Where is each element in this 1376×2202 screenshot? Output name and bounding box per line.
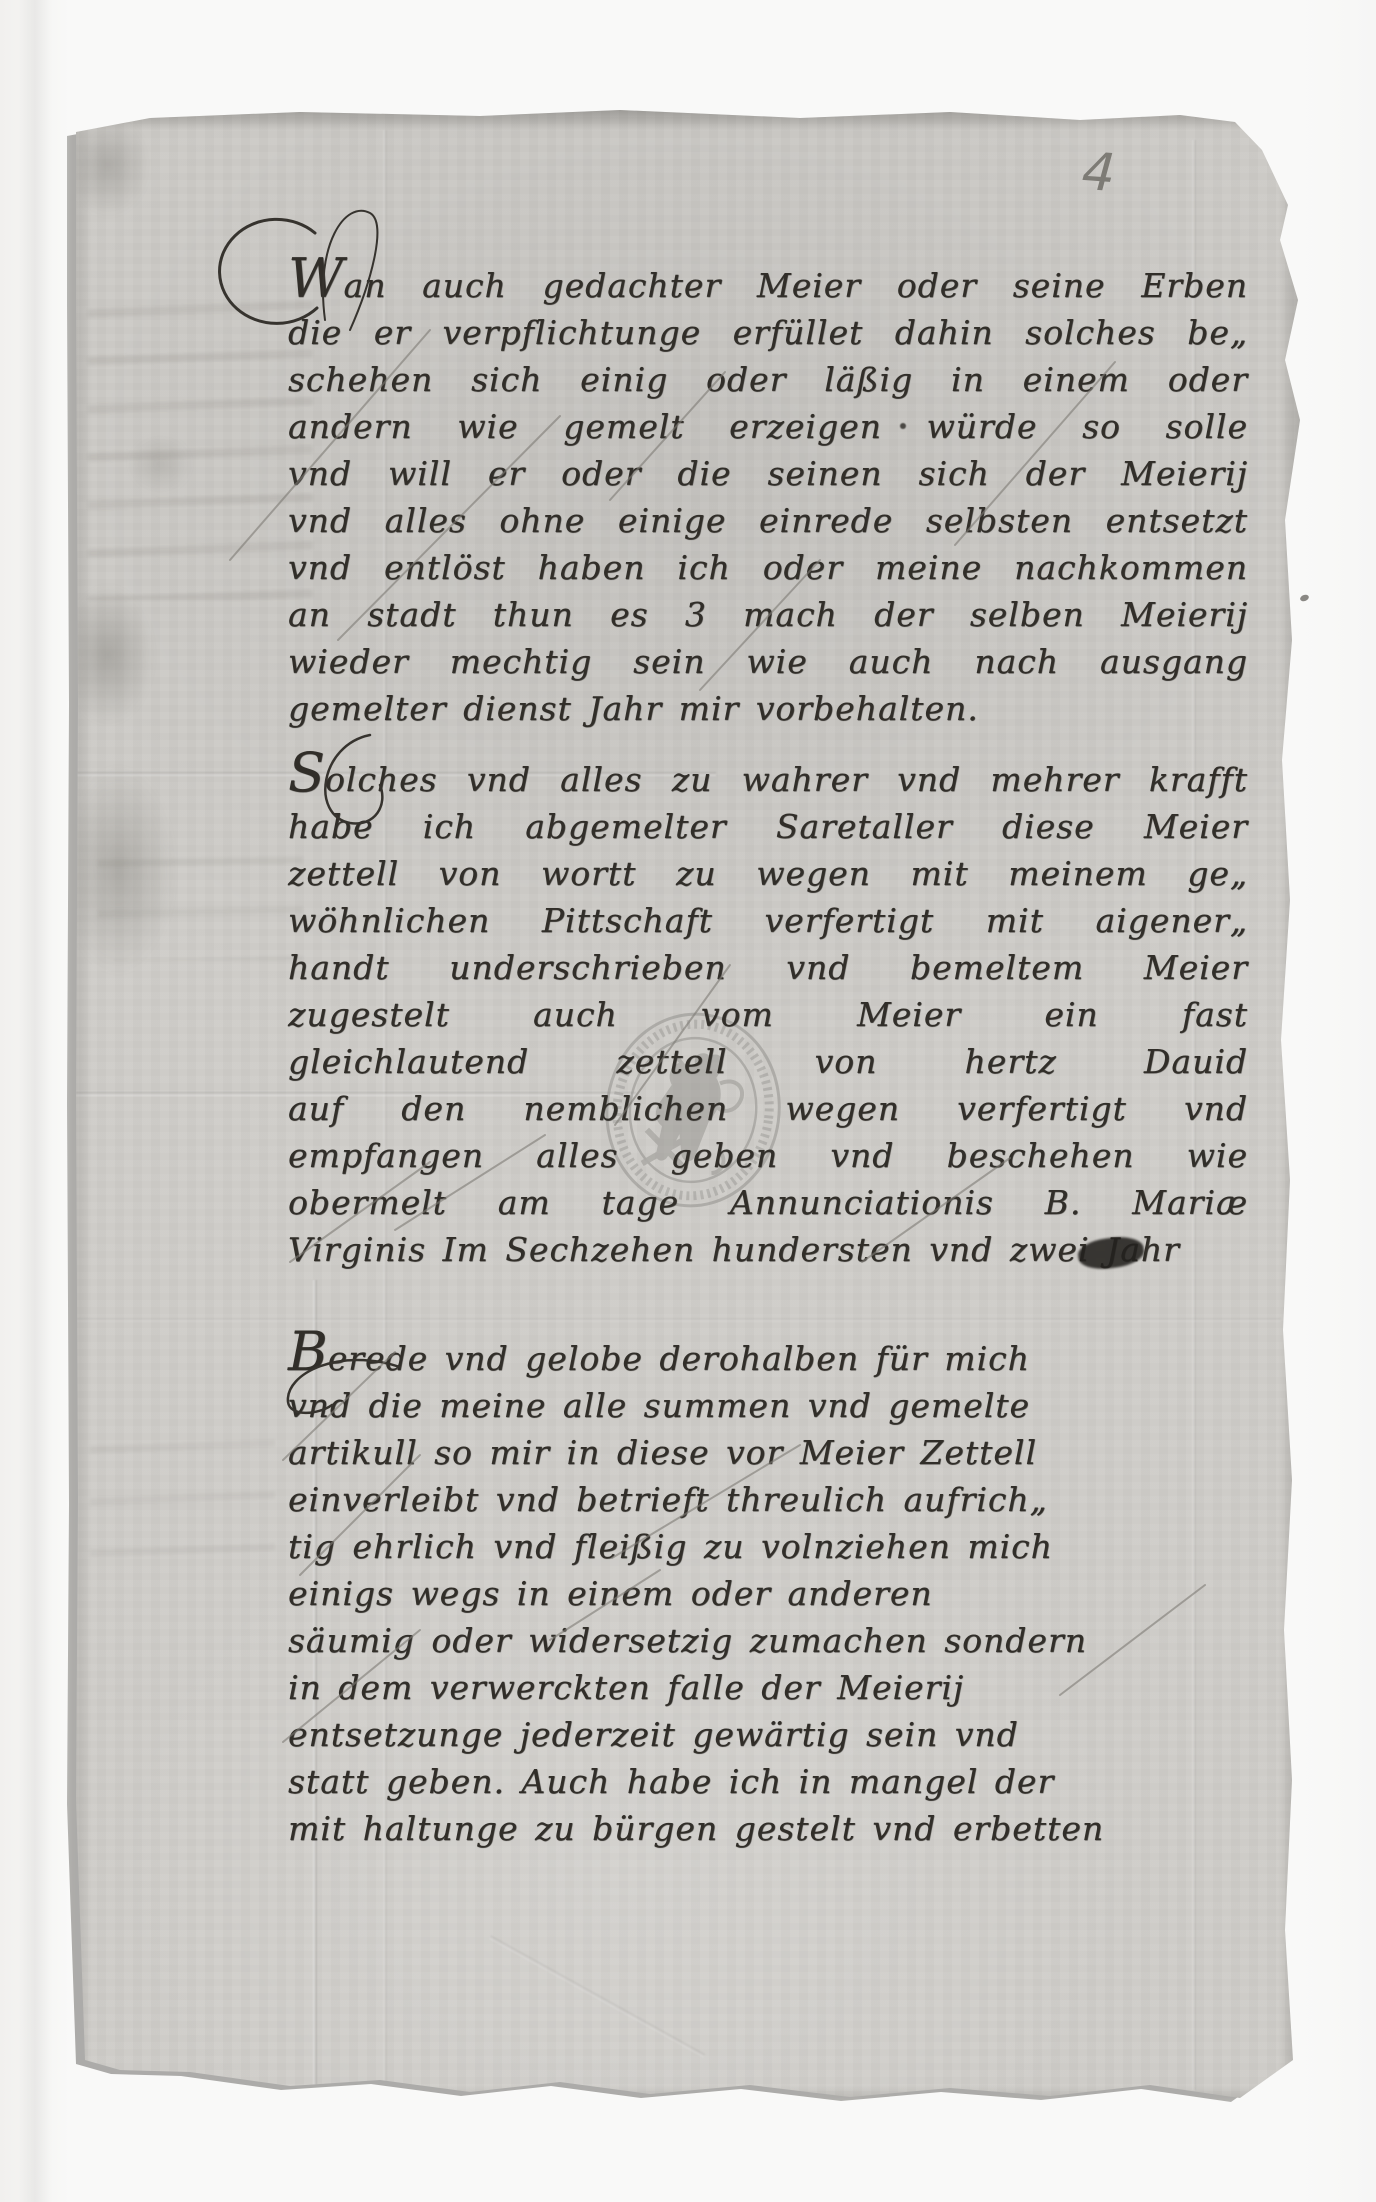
manuscript-text: Wan auch gedachter Meier oder seine Erbe… — [288, 262, 1248, 1852]
handwritten-line: in dem verwerckten falle der Meierij — [288, 1664, 1248, 1711]
handwritten-line: vnd alles ohne einige einrede selbsten e… — [288, 497, 1248, 544]
scanner-band — [18, 0, 52, 2202]
verso-bleed-through — [90, 1425, 275, 1585]
handwritten-line: obermelt am tage Annunciationis B. Mariæ — [288, 1179, 1248, 1226]
verso-bleed-through — [98, 840, 303, 960]
handwritten-line: entsetzunge jederzeit gewärtig sein vnd — [288, 1711, 1248, 1758]
handwritten-line: einverleibt vnd betrieft threulich aufri… — [288, 1476, 1248, 1523]
handwritten-line: Wan auch gedachter Meier oder seine Erbe… — [288, 262, 1248, 309]
handwritten-line: Berede vnd gelobe derohalben für mich — [288, 1335, 1248, 1382]
handwritten-line: handt underschrieben vnd bemeltem Meier — [288, 944, 1248, 991]
background-speck — [1299, 594, 1310, 603]
handwritten-line: zugestelt auch vom Meier ein fast — [288, 991, 1248, 1038]
paragraph: Berede vnd gelobe derohalben für michvnd… — [288, 1335, 1248, 1852]
ink-speck — [900, 423, 906, 429]
handwritten-line: andern wie gemelt erzeigen würde so soll… — [288, 403, 1248, 450]
handwritten-line: gleichlautend zettell von hertz Dauid — [288, 1038, 1248, 1085]
page-number: 4 — [1080, 142, 1117, 204]
handwritten-line: Solches vnd alles zu wahrer vnd mehrer k… — [288, 756, 1248, 803]
paragraph: Solches vnd alles zu wahrer vnd mehrer k… — [288, 756, 1248, 1273]
handwritten-line: wöhnlichen Pittschaft verfertigt mit aig… — [288, 897, 1248, 944]
edge-stain — [66, 113, 150, 217]
handwritten-line: auf den nemblichen wegen verfertigt vnd — [288, 1085, 1248, 1132]
handwritten-line: wieder mechtig sein wie auch nach ausgan… — [288, 638, 1248, 685]
manuscript-page: Wan auch gedachter Meier oder seine Erbe… — [70, 105, 1300, 2105]
handwritten-line: vnd die meine alle summen vnd gemelte — [288, 1382, 1248, 1429]
handwritten-line: gemelter dienst Jahr mir vorbehalten. — [288, 685, 1248, 732]
handwritten-line: tig ehrlich vnd fleißig zu volnziehen mi… — [288, 1523, 1248, 1570]
handwritten-line: mit haltunge zu bürgen gestelt vnd erbet… — [288, 1805, 1248, 1852]
handwritten-line: vnd will er oder die seinen sich der Mei… — [288, 450, 1248, 497]
handwritten-line: die er verpflichtunge erfüllet dahin sol… — [288, 309, 1248, 356]
fold-crease-diagonal — [489, 1935, 705, 2057]
handwritten-line: zettell von wortt zu wegen mit meinem ge… — [288, 850, 1248, 897]
verso-bleed-through — [88, 290, 313, 600]
handwritten-line: habe ich abgemelter Saretaller diese Mei… — [288, 803, 1248, 850]
handwritten-line: empfangen alles geben vnd beschehen wie — [288, 1132, 1248, 1179]
handwritten-line: einigs wegs in einem oder anderen — [288, 1570, 1248, 1617]
handwritten-line: statt geben. Auch habe ich in mangel der — [288, 1758, 1248, 1805]
paragraph: Wan auch gedachter Meier oder seine Erbe… — [288, 262, 1248, 732]
handwritten-line: säumig oder widersetzig zumachen sondern — [288, 1617, 1248, 1664]
handwritten-line: vnd entlöst haben ich oder meine nachkom… — [288, 544, 1248, 591]
handwritten-line: artikull so mir in diese vor Meier Zette… — [288, 1429, 1248, 1476]
handwritten-line: an stadt thun es 3 mach der selben Meier… — [288, 591, 1248, 638]
handwritten-line: schehen sich einig oder läßig in einem o… — [288, 356, 1248, 403]
